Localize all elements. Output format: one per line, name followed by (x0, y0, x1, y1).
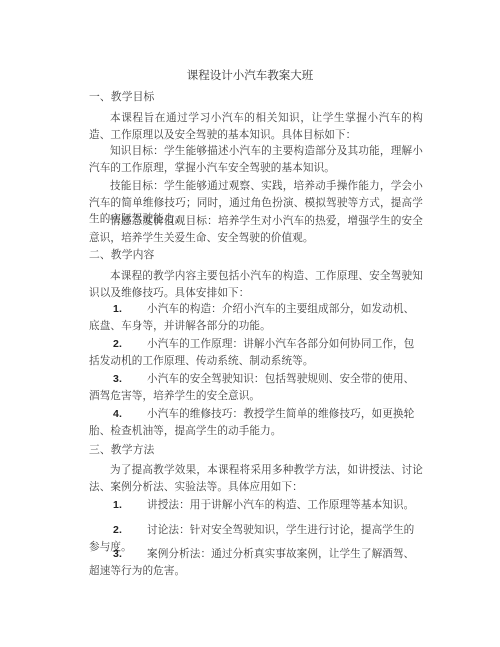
list-number: 3. (113, 371, 147, 388)
list-number: 1. (113, 301, 147, 318)
section-2-intro: 本课程的教学内容主要包括小汽车的构造、工作原理、安全驾驶知识以及维修技巧。具体安… (89, 268, 423, 301)
list-number: 1. (113, 497, 147, 514)
content-list-item: 1.小汽车的构造：介绍小汽车的主要组成部分，如发动机、底盘、车身等，并讲解各部分… (89, 301, 423, 334)
section-heading-3: 三、教学方法 (89, 442, 423, 459)
method-list-item: 1.讲授法：用于讲解小汽车的构造、工作原理等基本知识。 (89, 497, 423, 514)
section-1-attitude-goal: 情感态度价值观目标：培养学生对小汽车的热爱，增强学生的安全意识，培养学生关爱生命… (89, 213, 423, 246)
list-number: 3. (113, 546, 147, 563)
section-3-intro: 为了提高教学效果，本课程将采用多种教学方法，如讲授法、讨论法、案例分析法、实验法… (89, 462, 423, 495)
content-list-item: 4.小汽车的维修技巧：教授学生简单的维修技巧，如更换轮胎、检查机油等，提高学生的… (89, 406, 423, 439)
content-list-item: 2.小汽车的工作原理：讲解小汽车各部分如何协同工作，包括发动机的工作原理、传动系… (89, 336, 423, 369)
list-number: 2. (113, 336, 147, 353)
content-list-item: 3.小汽车的安全驾驶知识：包括驾驶规则、安全带的使用、酒驾危害等，培养学生的安全… (89, 371, 423, 404)
section-heading-2: 二、教学内容 (89, 247, 423, 264)
document-page: 课程设计小汽车教案大班 一、教学目标 本课程旨在通过学习小汽车的相关知识，让学生… (0, 0, 500, 647)
list-number: 4. (113, 406, 147, 423)
document-title: 课程设计小汽车教案大班 (0, 67, 500, 83)
section-heading-1: 一、教学目标 (89, 89, 423, 106)
section-1-knowledge-goal: 知识目标：学生能够描述小汽车的主要构造部分及其功能，理解小汽车的工作原理，掌握小… (89, 143, 423, 176)
section-1-intro: 本课程旨在通过学习小汽车的相关知识，让学生掌握小汽车的构造、工作原理以及安全驾驶… (89, 110, 423, 143)
list-text: 讲授法：用于讲解小汽车的构造、工作原理等基本知识。 (147, 499, 414, 511)
list-number: 2. (113, 522, 147, 539)
method-list-item: 3.案例分析法：通过分析真实事故案例，让学生了解酒驾、超速等行为的危害。 (89, 546, 423, 579)
